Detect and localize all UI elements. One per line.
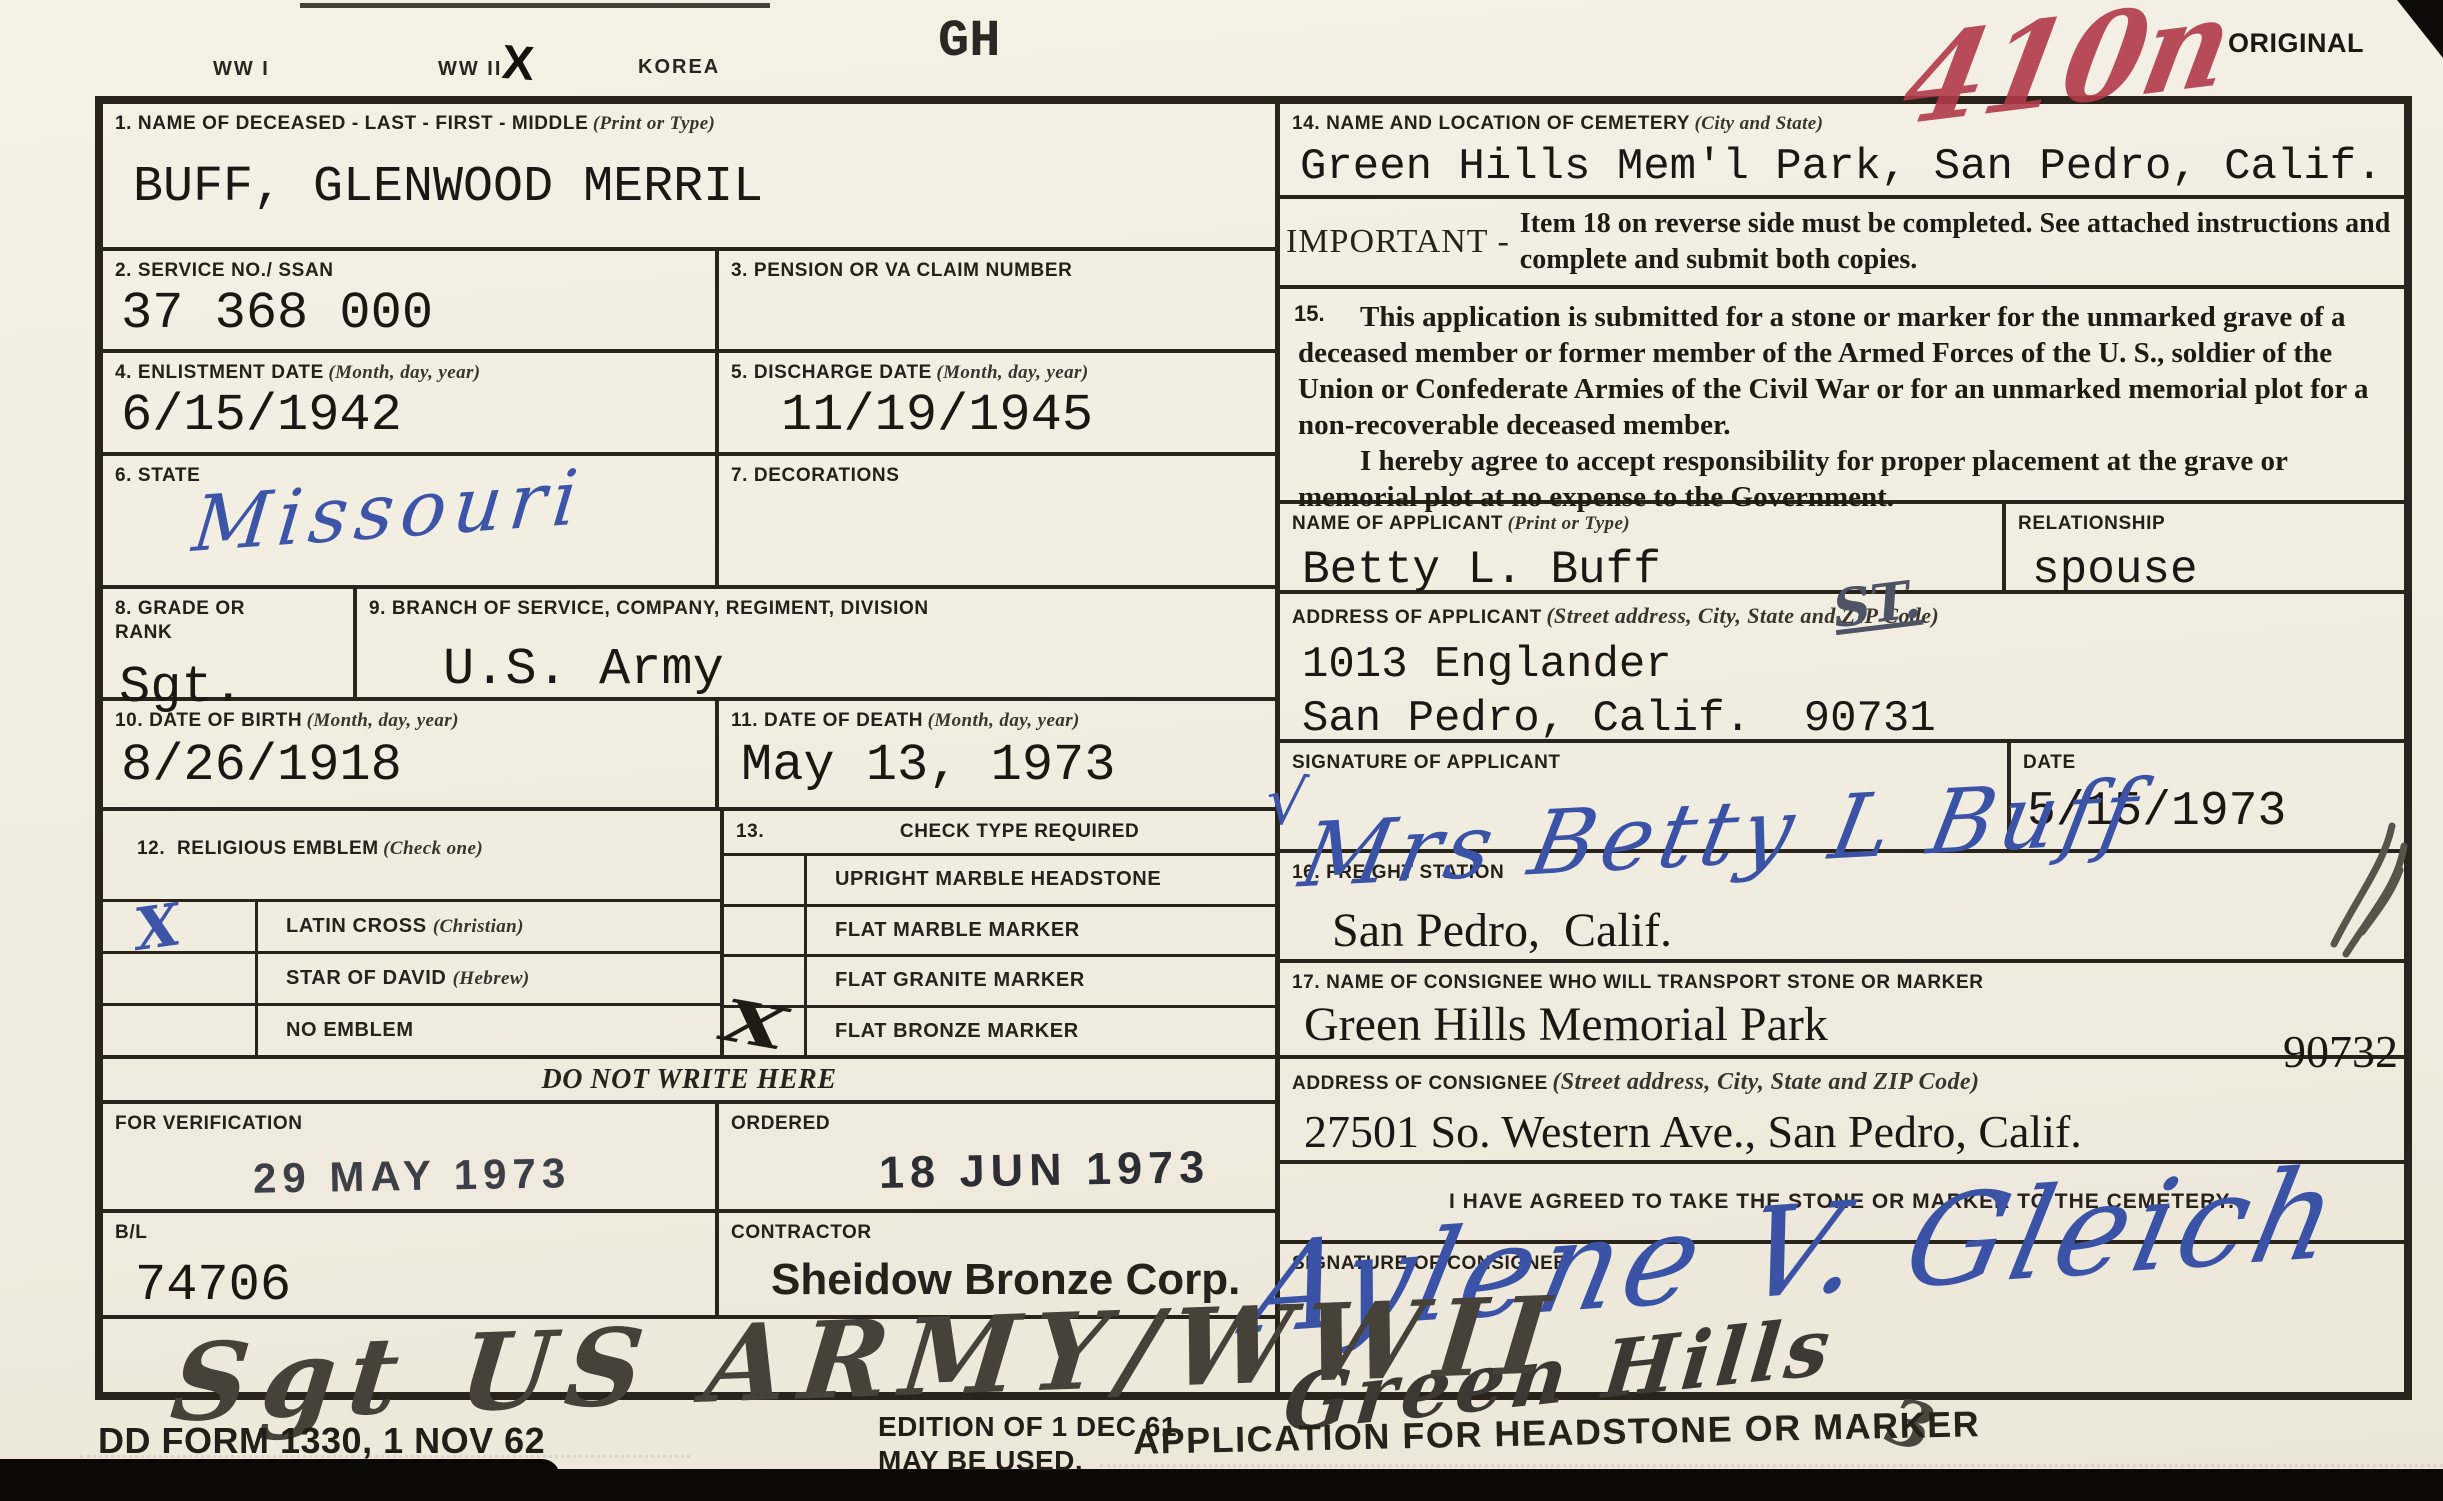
handwritten-x-mark: X bbox=[718, 990, 790, 1058]
emblem-option-star-of-david: STAR OF DAVID (Hebrew) bbox=[103, 951, 720, 1003]
certification-paragraph-1: This application is submitted for a ston… bbox=[1298, 299, 2388, 443]
field-label: B/L bbox=[115, 1222, 147, 1243]
field-label: 7. DECORATIONS bbox=[731, 465, 900, 486]
edition-note-line2: MAY BE USED. bbox=[878, 1444, 1177, 1478]
pencil-scribble bbox=[2322, 812, 2417, 962]
scan-corner-shadow bbox=[2397, 0, 2443, 58]
option-text: NO EMBLEM bbox=[286, 1019, 414, 1041]
field-label: CHECK TYPE REQUIRED bbox=[764, 820, 1275, 844]
type-option-flat-marble: FLAT MARBLE MARKER bbox=[724, 904, 1275, 955]
handwritten-tick-mark: √ bbox=[1262, 764, 1310, 842]
row-do-not-write: DO NOT WRITE HERE bbox=[103, 1059, 1275, 1104]
row-consignee-name: 17. NAME OF CONSIGNEE WHO WILL TRANSPORT… bbox=[1280, 963, 2404, 1059]
original-copy-label: ORIGINAL bbox=[2228, 28, 2364, 59]
field-hint: (Print or Type) bbox=[593, 113, 715, 134]
check-type-header: 13. CHECK TYPE REQUIRED bbox=[724, 811, 1275, 853]
handwritten-war-service-x: X bbox=[500, 35, 536, 92]
field-label: 4. ENLISTMENT DATE bbox=[115, 362, 324, 383]
option-hint: (Christian) bbox=[433, 916, 524, 937]
field-hint: (City and State) bbox=[1695, 113, 1824, 134]
field-hint: (Month, day, year) bbox=[307, 710, 459, 731]
applicant-address-line2: San Pedro, Calif. 90731 bbox=[1302, 694, 2392, 744]
field-label: ADDRESS OF APPLICANT bbox=[1292, 607, 1542, 628]
field-hint: (Check one) bbox=[383, 838, 483, 859]
field-label: 14. NAME AND LOCATION OF CEMETERY bbox=[1292, 113, 1690, 134]
field-label: SIGNATURE OF APPLICANT bbox=[1292, 752, 1561, 773]
field-label: 5. DISCHARGE DATE bbox=[731, 362, 932, 383]
field-name-of-deceased: 1. NAME OF DECEASED - LAST - FIRST - MID… bbox=[103, 104, 1275, 247]
option-text: UPRIGHT MARBLE HEADSTONE bbox=[807, 868, 1161, 891]
type-option-flat-granite: FLAT GRANITE MARKER bbox=[724, 954, 1275, 1005]
field-label: RELATIONSHIP bbox=[2018, 513, 2165, 534]
option-label: NO EMBLEM bbox=[258, 1019, 414, 1042]
scanned-dd-form-1330: WW I WW II KOREA ORIGINAL 1. NAME OF DEC… bbox=[0, 0, 2443, 1501]
handwritten-x-mark: X bbox=[131, 895, 184, 959]
option-text: FLAT GRANITE MARKER bbox=[807, 969, 1085, 992]
row-name-of-deceased: 1. NAME OF DECEASED - LAST - FIRST - MID… bbox=[103, 104, 1275, 251]
field-for-verification: FOR VERIFICATION 29 MAY 1973 bbox=[103, 1104, 715, 1209]
row-enlist-discharge: 4. ENLISTMENT DATE (Month, day, year) 6/… bbox=[103, 353, 1275, 456]
applicant-address-line1: 1013 Englander bbox=[1302, 640, 2392, 690]
option-label: LATIN CROSS (Christian) bbox=[258, 915, 524, 939]
field-label: ADDRESS OF CONSIGNEE bbox=[1292, 1073, 1548, 1094]
field-consignee-name: 17. NAME OF CONSIGNEE WHO WILL TRANSPORT… bbox=[1280, 963, 2404, 1055]
option-text: FLAT BRONZE MARKER bbox=[807, 1020, 1079, 1043]
field-branch-of-service: 9. BRANCH OF SERVICE, COMPANY, REGIMENT,… bbox=[353, 589, 1275, 697]
field-service-number: 2. SERVICE NO./ SSAN 37 368 000 bbox=[103, 251, 715, 349]
field-cemetery: 14. NAME AND LOCATION OF CEMETERY (City … bbox=[1280, 104, 2404, 195]
form-number: DD FORM 1330, 1 NOV 62 bbox=[98, 1420, 545, 1462]
date-stamp-verification: 29 MAY 1973 bbox=[253, 1149, 572, 1203]
form-left-column: 1. NAME OF DECEASED - LAST - FIRST - MID… bbox=[103, 104, 1280, 1392]
scan-edge-line bbox=[300, 3, 770, 8]
emblem-checkbox-latin-cross: X bbox=[103, 902, 258, 951]
date-of-death-value: May 13, 1973 bbox=[741, 739, 1263, 794]
option-text: FLAT MARBLE MARKER bbox=[807, 919, 1080, 942]
field-ordered: ORDERED 18 JUN 1973 bbox=[715, 1104, 1275, 1209]
type-checkbox-flat-bronze: X bbox=[724, 1008, 807, 1056]
option-text: STAR OF DAVID bbox=[286, 967, 446, 989]
field-pension-number: 3. PENSION OR VA CLAIM NUMBER bbox=[715, 251, 1275, 349]
important-label: IMPORTANT - bbox=[1280, 223, 1520, 261]
field-check-type-required: 13. CHECK TYPE REQUIRED UPRIGHT MARBLE H… bbox=[720, 811, 1275, 1055]
war-label-ww2: WW II bbox=[438, 58, 502, 81]
option-text: LATIN CROSS bbox=[286, 915, 427, 937]
type-option-upright-marble: UPRIGHT MARBLE HEADSTONE bbox=[724, 853, 1275, 904]
enlistment-date-value: 6/15/1942 bbox=[121, 389, 703, 444]
freight-station-value: San Pedro, Calif. bbox=[1332, 903, 2392, 958]
form-title: APPLICATION FOR HEADSTONE OR MARKER bbox=[1133, 1403, 1981, 1463]
type-option-flat-bronze: X FLAT BRONZE MARKER bbox=[724, 1005, 1275, 1056]
war-label-ww1: WW I bbox=[213, 58, 270, 81]
row-grade-branch: 8. GRADE OR RANK Sgt. 9. BRANCH OF SERVI… bbox=[103, 589, 1275, 701]
branch-value: U.S. Army bbox=[443, 643, 1263, 698]
handwritten-st-annotation: ST. bbox=[1830, 569, 1924, 640]
type-checkbox-flat-marble bbox=[724, 907, 807, 955]
field-consignee-address: ADDRESS OF CONSIGNEE (Street address, Ci… bbox=[1280, 1059, 2404, 1160]
service-number-value: 37 368 000 bbox=[121, 287, 703, 342]
field-label: 8. GRADE OR RANK bbox=[115, 597, 265, 645]
war-label-korea: KOREA bbox=[638, 56, 720, 79]
field-enlistment-date: 4. ENLISTMENT DATE (Month, day, year) 6/… bbox=[103, 353, 715, 452]
row-service-pension: 2. SERVICE NO./ SSAN 37 368 000 3. PENSI… bbox=[103, 251, 1275, 353]
religious-emblem-header: 12. RELIGIOUS EMBLEM (Check one) bbox=[103, 811, 720, 899]
emblem-option-latin-cross: X LATIN CROSS (Christian) bbox=[103, 899, 720, 951]
field-label: 6. STATE bbox=[115, 465, 200, 486]
emblem-option-no-emblem: NO EMBLEM bbox=[103, 1003, 720, 1055]
field-grade-rank: 8. GRADE OR RANK Sgt. bbox=[103, 589, 353, 697]
field-label: 17. NAME OF CONSIGNEE WHO WILL TRANSPORT… bbox=[1292, 972, 1984, 993]
row-emblem-type: 12. RELIGIOUS EMBLEM (Check one) X LATIN… bbox=[103, 811, 1275, 1059]
field-hint: (Month, day, year) bbox=[936, 362, 1088, 383]
option-label: STAR OF DAVID (Hebrew) bbox=[258, 967, 530, 991]
typed-gh-code: GH bbox=[938, 12, 1000, 71]
discharge-date-value: 11/19/1945 bbox=[781, 389, 1263, 444]
option-hint: (Hebrew) bbox=[453, 968, 530, 989]
row-cemetery: 14. NAME AND LOCATION OF CEMETERY (City … bbox=[1280, 104, 2404, 199]
emblem-checkbox-star-of-david bbox=[103, 954, 258, 1003]
row-verification-ordered: FOR VERIFICATION 29 MAY 1973 ORDERED 18 … bbox=[103, 1104, 1275, 1213]
field-date-of-birth: 10. DATE OF BIRTH (Month, day, year) 8/2… bbox=[103, 701, 715, 807]
date-of-birth-value: 8/26/1918 bbox=[121, 739, 703, 794]
field-hint: (Month, day, year) bbox=[928, 710, 1080, 731]
consignee-zip-value: 90732 bbox=[2283, 1025, 2398, 1078]
row-birth-death: 10. DATE OF BIRTH (Month, day, year) 8/2… bbox=[103, 701, 1275, 811]
item-15-number: 15. bbox=[1294, 301, 1325, 327]
field-hint: (Print or Type) bbox=[1508, 513, 1630, 534]
field-label: 11. DATE OF DEATH bbox=[731, 710, 923, 731]
field-hint: (Month, day, year) bbox=[328, 362, 480, 383]
field-number: 13. bbox=[736, 820, 764, 844]
perforation-dots bbox=[1100, 1464, 2443, 1467]
do-not-write-here-label: DO NOT WRITE HERE bbox=[103, 1064, 1275, 1096]
row-certification: 15. This application is submitted for a … bbox=[1280, 289, 2404, 504]
field-decorations: 7. DECORATIONS bbox=[715, 456, 1275, 585]
scan-bottom-edge-blob bbox=[0, 1459, 560, 1501]
relationship-value: spouse bbox=[2032, 544, 2392, 596]
row-important: IMPORTANT - Item 18 on reverse side must… bbox=[1280, 199, 2404, 289]
date-stamp-ordered: 18 JUN 1973 bbox=[879, 1141, 1211, 1199]
consignee-name-value: Green Hills Memorial Park bbox=[1304, 997, 2392, 1052]
cemetery-value: Green Hills Mem'l Park, San Pedro, Calif… bbox=[1300, 142, 2392, 192]
field-label: FOR VERIFICATION bbox=[115, 1113, 303, 1134]
deceased-name-value: BUFF, GLENWOOD MERRIL bbox=[133, 162, 1263, 215]
field-religious-emblem: 12. RELIGIOUS EMBLEM (Check one) X LATIN… bbox=[103, 811, 720, 1055]
field-bl: B/L 74706 bbox=[103, 1213, 715, 1315]
certification-text-block: 15. This application is submitted for a … bbox=[1280, 289, 2404, 500]
field-discharge-date: 5. DISCHARGE DATE (Month, day, year) 11/… bbox=[715, 353, 1275, 452]
field-hint: (Street address, City, State and ZIP Cod… bbox=[1552, 1069, 1979, 1095]
field-label: 12. RELIGIOUS EMBLEM bbox=[137, 838, 379, 859]
important-text: Item 18 on reverse side must be complete… bbox=[1520, 206, 2400, 278]
field-date-of-death: 11. DATE OF DEATH (Month, day, year) May… bbox=[715, 701, 1275, 807]
field-label: 3. PENSION OR VA CLAIM NUMBER bbox=[731, 260, 1072, 281]
field-label: 9. BRANCH OF SERVICE, COMPANY, REGIMENT,… bbox=[369, 598, 929, 619]
emblem-checkbox-no-emblem bbox=[103, 1006, 258, 1055]
field-label: ORDERED bbox=[731, 1113, 830, 1134]
field-label: 2. SERVICE NO./ SSAN bbox=[115, 260, 334, 281]
type-checkbox-upright-marble bbox=[724, 856, 807, 904]
field-label: CONTRACTOR bbox=[731, 1222, 872, 1243]
field-label: 10. DATE OF BIRTH bbox=[115, 710, 302, 731]
field-label: NAME OF APPLICANT bbox=[1292, 513, 1503, 534]
field-label: 1. NAME OF DECEASED - LAST - FIRST - MID… bbox=[115, 113, 588, 134]
field-relationship: RELATIONSHIP spouse bbox=[2002, 504, 2404, 590]
